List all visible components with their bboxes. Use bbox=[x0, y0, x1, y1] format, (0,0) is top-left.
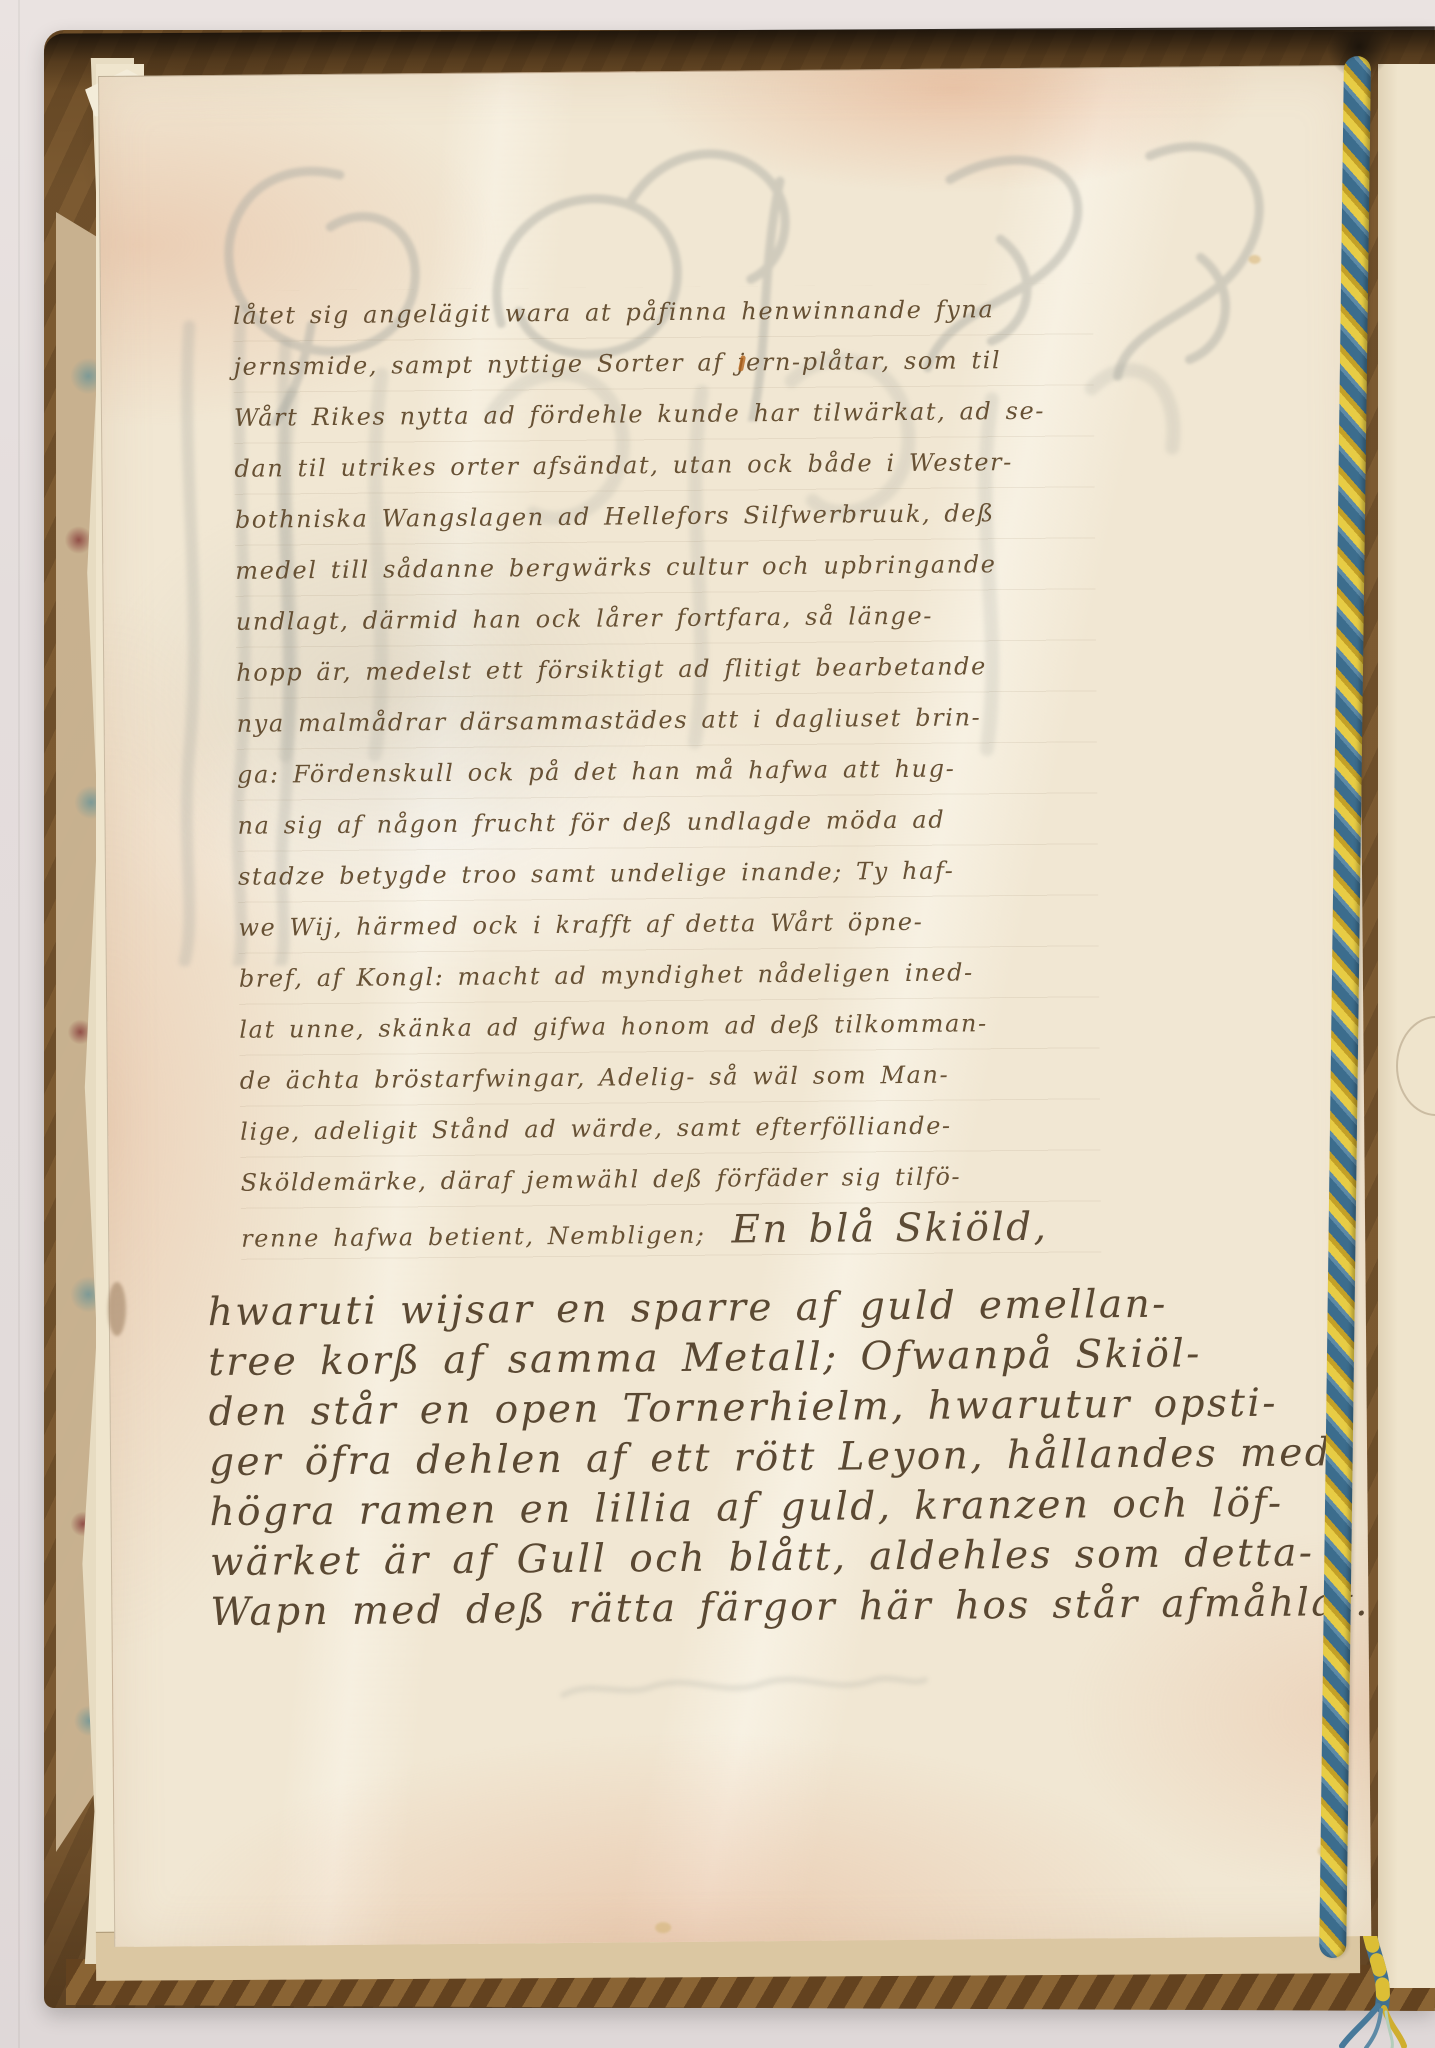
bleedthrough-line-bottom bbox=[553, 1666, 933, 1709]
manuscript-line: låtet sig angelägit wara at påfinna henw… bbox=[233, 283, 1093, 342]
manuscript-line: jernsmide, sampt nyttige Sorter af jern-… bbox=[233, 334, 1093, 393]
foxing-stain bbox=[655, 1922, 671, 1933]
manuscript-line: bref, af Kongl: macht ad myndighet nådel… bbox=[239, 946, 1099, 1005]
scanner-bed-crease bbox=[18, 0, 20, 2048]
text-block-large-hand: hwaruti wijsar en sparre af guld emellan… bbox=[208, 1278, 1361, 1638]
manuscript-line: ga: Fördenskull ock på det han må hafwa … bbox=[237, 742, 1097, 801]
manuscript-line: Wapn med deß rätta färgor här hos står a… bbox=[210, 1578, 1360, 1638]
manuscript-line: we Wij, härmed ock i krafft af detta Wår… bbox=[238, 895, 1098, 954]
manuscript-line: de ächta bröstarfwingar, Adelig- så wäl … bbox=[240, 1048, 1100, 1107]
manuscript-line: stadze betygde troo samt undelige inande… bbox=[238, 844, 1098, 903]
scanned-manuscript: låtet sig angelägit wara at påfinna henw… bbox=[0, 0, 1435, 2048]
foxing-stain bbox=[1249, 255, 1261, 264]
manuscript-line: nya malmådrar därsammastädes att i dagli… bbox=[236, 691, 1096, 750]
manuscript-line: lat unne, skänka ad gifwa honom ad deß t… bbox=[239, 997, 1099, 1056]
manuscript-line: renne hafwa betient, Nembligen;En blå Sk… bbox=[241, 1201, 1101, 1265]
manuscript-line-text: renne hafwa betient, Nembligen; bbox=[241, 1221, 706, 1253]
manuscript-line: lige, adeligit Stånd ad wärde, samt efte… bbox=[240, 1099, 1100, 1158]
manuscript-line: medel till sådanne bergwärks cultur och … bbox=[235, 538, 1095, 597]
manuscript-page: låtet sig angelägit wara at påfinna henw… bbox=[98, 65, 1371, 1947]
next-page-ring-mark bbox=[1396, 1016, 1435, 1116]
manuscript-line: dan til utrikes orter afsändat, utan ock… bbox=[234, 436, 1094, 495]
text-block-small-hand: låtet sig angelägit wara at påfinna henw… bbox=[233, 283, 1101, 1264]
manuscript-line: undlagt, därmid han ock lårer fortfara, … bbox=[236, 589, 1096, 648]
large-hand-opening: En blå Skiöld, bbox=[731, 1205, 1048, 1253]
margin-stain bbox=[108, 1282, 126, 1336]
manuscript-line: Wårt Rikes nytta ad fördehle kunde har t… bbox=[234, 385, 1094, 444]
manuscript-line: na sig af någon frucht för deß undlagde … bbox=[237, 793, 1097, 852]
next-page-edge bbox=[1378, 64, 1435, 1988]
cord-tail bbox=[1296, 1936, 1435, 2048]
manuscript-line: hopp är, medelst ett försiktigt ad fliti… bbox=[236, 640, 1096, 699]
manuscript-line: Sköldemärke, däraf jemwähl deß förfäder … bbox=[240, 1150, 1100, 1209]
manuscript-line: bothniska Wangslagen ad Hellefors Silfwe… bbox=[235, 487, 1095, 546]
